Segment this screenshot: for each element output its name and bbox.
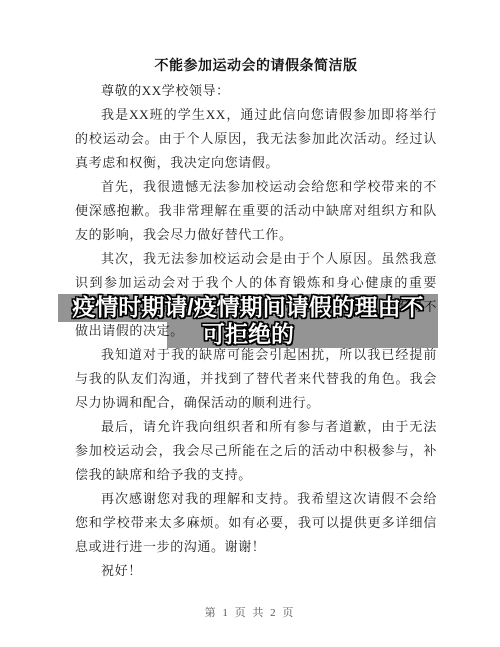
document-page: 不能参加运动会的请假条简洁版 尊敬的XX学校领导： 我是XX班的学生XX，通过此… xyxy=(0,0,500,647)
paragraph-salutation: 尊敬的XX学校领导： xyxy=(75,79,437,103)
paragraph-fourth: 最后，请允许我向组织者和所有参与者道歉，由于无法参加校运动会，我会尽己所能在之后… xyxy=(75,415,437,487)
paragraph-thanks: 再次感谢您对我的理解和支持。我希望这次请假不会给您和学校带来太多麻烦。如有必要，… xyxy=(75,487,437,559)
paragraph-intro: 我是XX班的学生XX，通过此信向您请假参加即将举行的校运动会。由于个人原因，我无… xyxy=(75,103,437,175)
document-body: 不能参加运动会的请假条简洁版 尊敬的XX学校领导： 我是XX班的学生XX，通过此… xyxy=(0,0,500,583)
paragraph-first: 首先，我很遗憾无法参加校运动会给您和学校带来的不便深感抱歉。我非常理解在重要的活… xyxy=(75,175,437,247)
paragraph-closing: 祝好！ xyxy=(75,559,437,583)
watermark-band-bottom xyxy=(167,322,438,348)
watermark-band-top xyxy=(58,294,438,322)
page-number: 第 1 页 共 2 页 xyxy=(0,604,500,620)
document-title: 不能参加运动会的请假条简洁版 xyxy=(75,55,437,79)
paragraph-third: 我知道对于我的缺席可能会引起困扰，所以我已经提前与我的队友们沟通，并找到了替代者… xyxy=(75,343,437,415)
